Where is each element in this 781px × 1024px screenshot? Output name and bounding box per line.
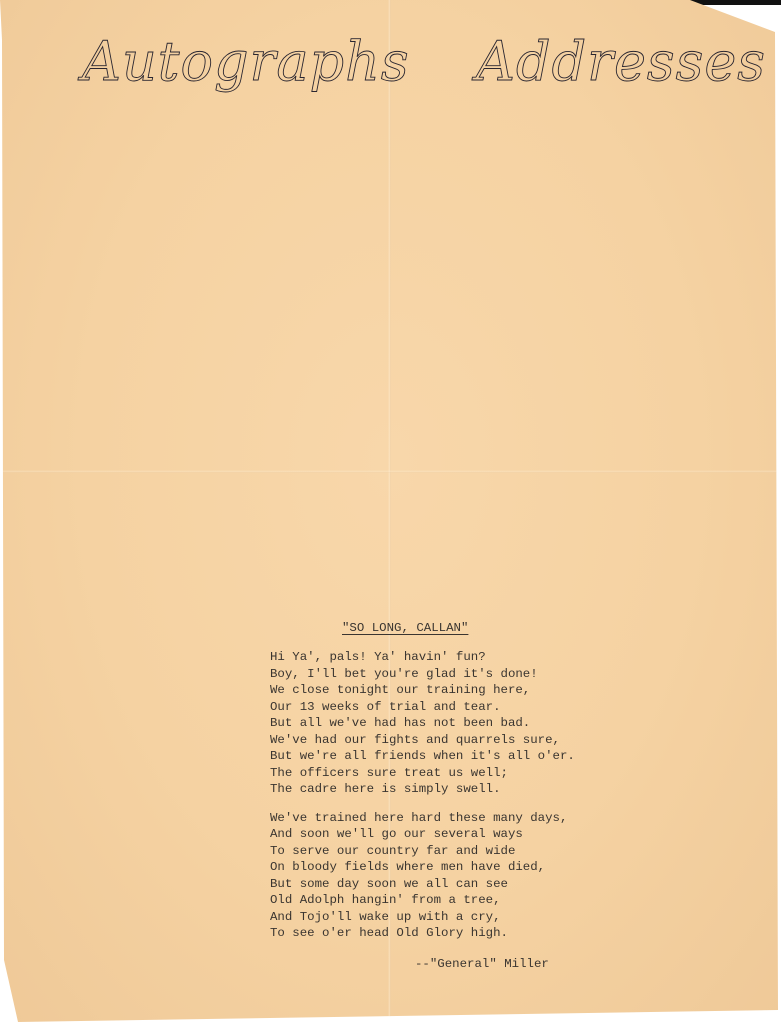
poem-line: The officers sure treat us well; (270, 765, 630, 782)
heading-autographs: Autographs (82, 35, 410, 89)
stanza-2: We've trained here hard these many days,… (270, 810, 630, 942)
poem-line: On bloody fields where men have died, (270, 859, 630, 876)
poem-line: But all we've had has not been bad. (270, 715, 630, 732)
poem-line: Our 13 weeks of trial and tear. (270, 699, 630, 716)
poem-line: But we're all friends when it's all o'er… (270, 748, 630, 765)
poem-signature: --"General" Miller (415, 956, 630, 972)
poem-line: Hi Ya', pals! Ya' havin' fun? (270, 649, 630, 666)
paper-sheet: Autographs Addresses "SO LONG, CALLAN" H… (0, 0, 781, 1024)
poem-line: Old Adolph hangin' from a tree, (270, 892, 630, 909)
poem-line: Boy, I'll bet you're glad it's done! (270, 666, 630, 683)
poem-line: To see o'er head Old Glory high. (270, 925, 630, 942)
horizontal-fold-crease (0, 470, 781, 473)
poem-line: And Tojo'll wake up with a cry, (270, 909, 630, 926)
stanza-1: Hi Ya', pals! Ya' havin' fun? Boy, I'll … (270, 649, 630, 798)
poem-line: The cadre here is simply swell. (270, 781, 630, 798)
scanned-page: Autographs Addresses "SO LONG, CALLAN" H… (0, 0, 781, 1024)
poem-line: To serve our country far and wide (270, 843, 630, 860)
poem-title: "SO LONG, CALLAN" (342, 620, 630, 636)
poem-line: We close tonight our training here, (270, 682, 630, 699)
poem: "SO LONG, CALLAN" Hi Ya', pals! Ya' havi… (270, 620, 630, 972)
poem-line: But some day soon we all can see (270, 876, 630, 893)
poem-line: And soon we'll go our several ways (270, 826, 630, 843)
poem-line: We've had our fights and quarrels sure, (270, 732, 630, 749)
poem-line: We've trained here hard these many days, (270, 810, 630, 827)
heading-addresses: Addresses (476, 35, 766, 89)
